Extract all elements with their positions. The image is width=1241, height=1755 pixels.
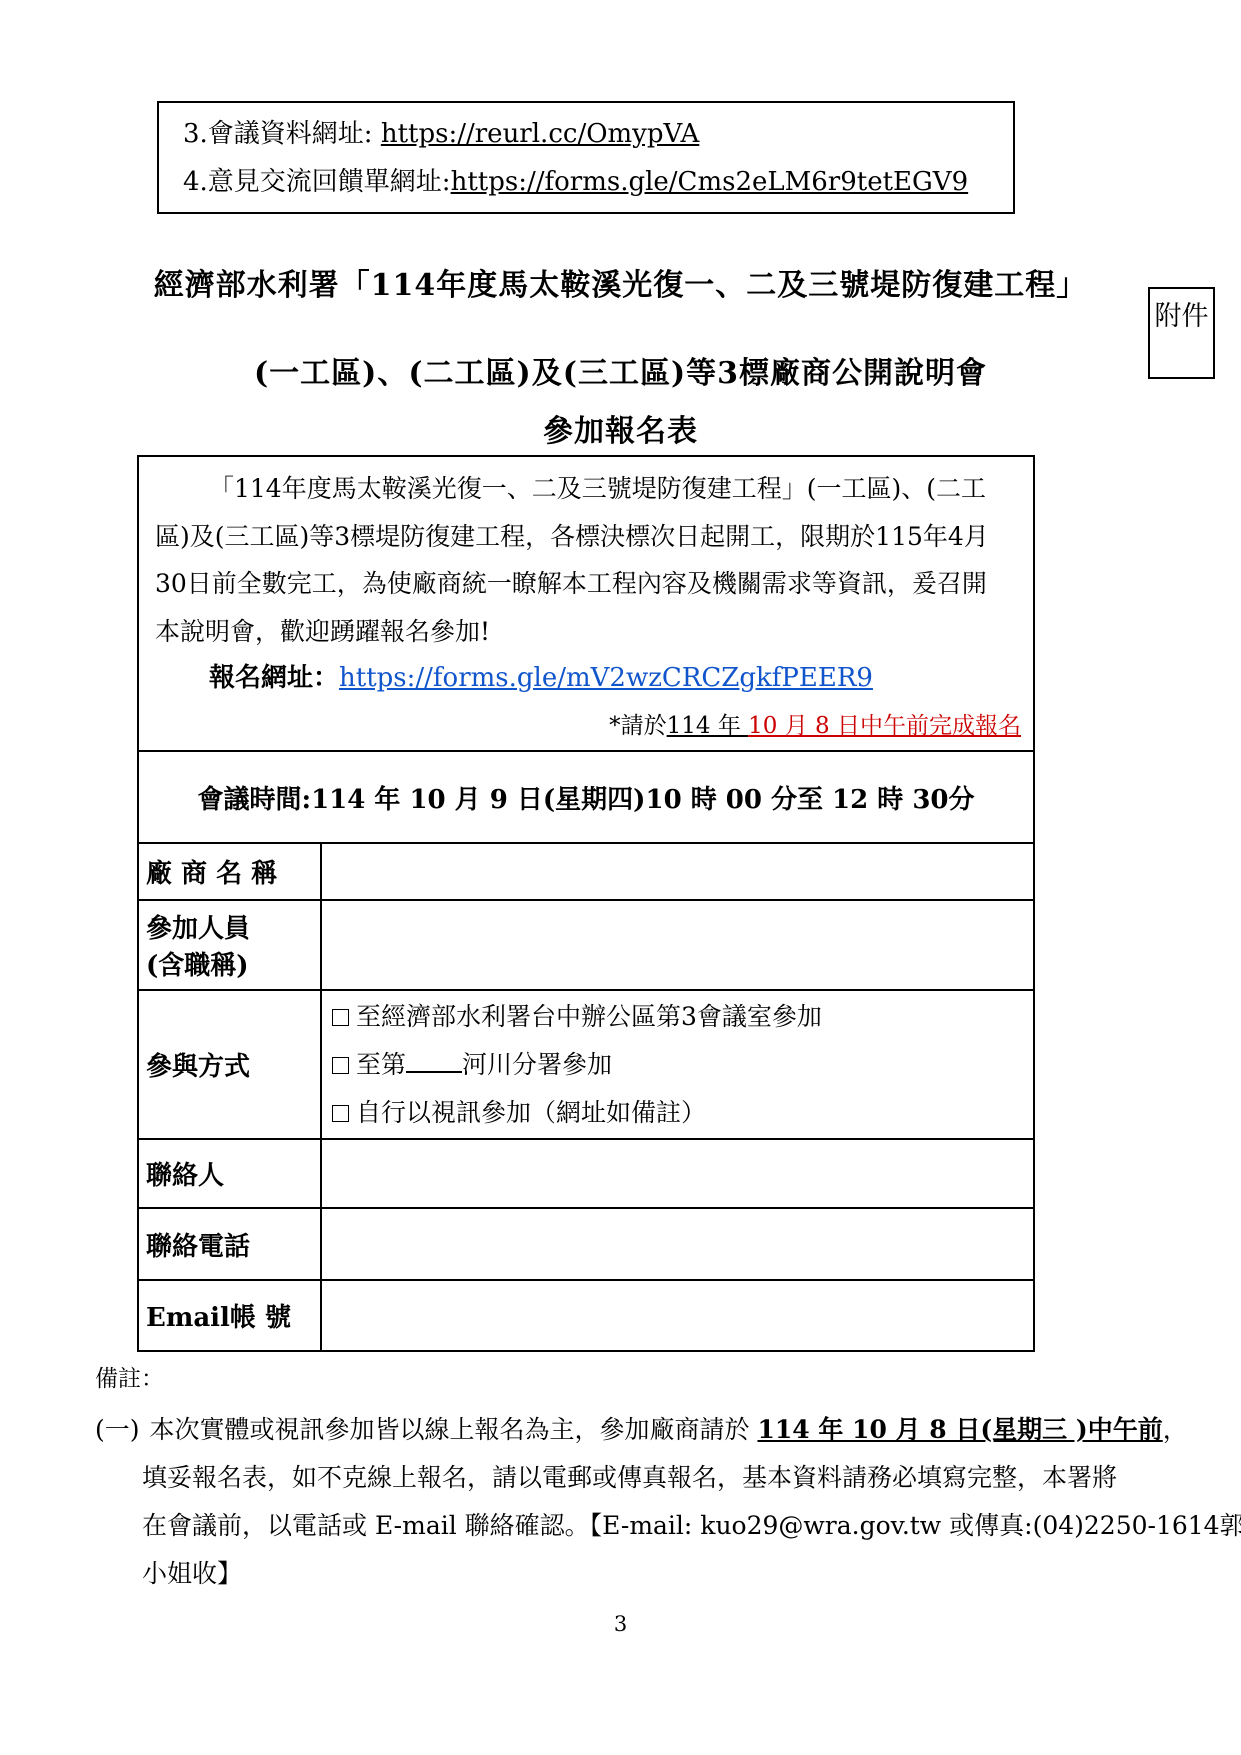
registration-table: 「114年度馬太鞍溪光復一、二及三號堤防復建工程」(一工區)、(二工 區)及(三… <box>137 455 1035 1352</box>
contact-field <box>322 1140 1033 1207</box>
deadline-emphasis: 114 年 10 月 8 日(星期三 )中午前 <box>757 1415 1162 1444</box>
contact-label: 聯絡人 <box>139 1140 322 1207</box>
note1-part2: ， <box>1163 1415 1188 1444</box>
note1-part1: 本次實體或視訊參加皆以線上報名為主，參加廠商請於 <box>150 1415 758 1444</box>
participation-options: 至經濟部水利署台中辦公區第3會議室參加 至第河川分署參加 自行以視訊參加（網址如… <box>322 991 1033 1138</box>
document-title-line3: 參加報名表 <box>40 406 1201 450</box>
notes-section: 備註： (一)本次實體或視訊參加皆以線上報名為主，參加廠商請於 114 年 10… <box>95 1360 1155 1598</box>
meeting-time-row: 會議時間:114 年 10 月 9 日(星期四)10 時 00 分至 12 時 … <box>139 750 1033 842</box>
note1-line1: (一)本次實體或視訊參加皆以線上報名為主，參加廠商請於 114 年 10 月 8… <box>95 1406 1155 1454</box>
participants-label-line2: (含職稱) <box>146 945 320 982</box>
intro-line1: 「114年度馬太鞍溪光復一、二及三號堤防復建工程」(一工區)、(二工 <box>155 465 1025 513</box>
meeting-links-box: 3.會議資料網址: https://reurl.cc/OmypVA 4.意見交流… <box>157 101 1015 214</box>
document-title-line1: 經濟部水利署「114年度馬太鞍溪光復一、二及三號堤防復建工程」 <box>40 260 1201 304</box>
participation-option-venue: 至經濟部水利署台中辦公區第3會議室參加 <box>332 993 1033 1041</box>
email-field <box>322 1281 1033 1350</box>
note1-line2: 填妥報名表，如不克線上報名，請以電郵或傳真報名，基本資料請務必填寫完整，本署將 <box>95 1454 1155 1502</box>
deadline-date-red: 10 月 8 日中午前完成報名 <box>748 713 1021 739</box>
participation-option-branch-before: 至第 <box>356 1050 406 1079</box>
note1-line4: 小姐收】 <box>95 1550 1155 1598</box>
participants-label-line1: 參加人員 <box>146 908 320 945</box>
document-title-line2: (一工區)、(二工區)及(三工區)等3標廠商公開說明會 <box>40 348 1201 392</box>
intro-paragraph: 「114年度馬太鞍溪光復一、二及三號堤防復建工程」(一工區)、(二工 區)及(三… <box>139 457 1033 750</box>
phone-field <box>322 1209 1033 1279</box>
form-row-phone: 聯絡電話 <box>139 1207 1033 1279</box>
form-row-participants: 參加人員 (含職稱) <box>139 899 1033 989</box>
form-row-vendor-name: 廠 商 名 稱 <box>139 842 1033 899</box>
blank-underline <box>406 1068 462 1073</box>
meeting-materials-label: 3.會議資料網址: <box>183 119 381 149</box>
feedback-form-label: 4.意見交流回饋單網址: <box>183 167 451 197</box>
participation-option-venue-text: 至經濟部水利署台中辦公區第3會議室參加 <box>356 1002 822 1031</box>
intro-line4: 本說明會，歡迎踴躍報名參加! <box>155 608 1025 656</box>
checkbox-icon[interactable] <box>332 1057 349 1074</box>
note1-marker: (一) <box>95 1415 140 1444</box>
registration-url-label: 報名網址： <box>209 663 339 693</box>
intro-line3: 30日前全數完工，為使廠商統一瞭解本工程內容及機關需求等資訊，爰召開 <box>155 560 1025 608</box>
form-row-participation: 參與方式 至經濟部水利署台中辦公區第3會議室參加 至第河川分署參加 自行以視訊參… <box>139 989 1033 1138</box>
registration-url[interactable]: https://forms.gle/mV2wzCRCZgkfPEER9 <box>339 663 873 693</box>
participants-field <box>322 901 1033 989</box>
participation-option-branch-after: 河川分署參加 <box>462 1050 612 1079</box>
form-row-contact: 聯絡人 <box>139 1138 1033 1207</box>
email-label: Email帳 號 <box>139 1281 322 1350</box>
feedback-form-line: 4.意見交流回饋單網址:https://forms.gle/Cms2eLM6r9… <box>183 158 1013 206</box>
vendor-name-field <box>322 844 1033 899</box>
deadline-year: 114 年 <box>667 713 749 739</box>
participants-label: 參加人員 (含職稱) <box>139 901 322 989</box>
notes-header: 備註： <box>95 1360 1155 1393</box>
checkbox-icon[interactable] <box>332 1105 349 1122</box>
note1-line3: 在會議前，以電話或 E-mail 聯絡確認。【E-mail: kuo29@wra… <box>95 1502 1155 1550</box>
feedback-form-url[interactable]: https://forms.gle/Cms2eLM6r9tetEGV9 <box>451 167 969 197</box>
intro-line2: 區)及(三工區)等3標堤防復建工程，各標決標次日起開工，限期於115年4月 <box>155 513 1025 561</box>
participation-option-video: 自行以視訊參加（網址如備註） <box>332 1089 1033 1137</box>
participation-option-branch: 至第河川分署參加 <box>332 1041 1033 1089</box>
vendor-name-label: 廠 商 名 稱 <box>139 844 322 899</box>
form-row-email: Email帳 號 <box>139 1279 1033 1350</box>
participation-option-video-text: 自行以視訊參加（網址如備註） <box>356 1098 706 1127</box>
meeting-materials-url[interactable]: https://reurl.cc/OmypVA <box>381 119 699 149</box>
meeting-materials-line: 3.會議資料網址: https://reurl.cc/OmypVA <box>183 110 1013 158</box>
checkbox-icon[interactable] <box>332 1009 349 1026</box>
participation-label: 參與方式 <box>139 991 322 1138</box>
registration-deadline-note: *請於114 年 10 月 8 日中午前完成報名 <box>155 703 1025 751</box>
registration-url-line: 報名網址：https://forms.gle/mV2wzCRCZgkfPEER9 <box>155 655 1025 703</box>
page-number: 3 <box>0 1612 1241 1636</box>
document-page: 3.會議資料網址: https://reurl.cc/OmypVA 4.意見交流… <box>0 0 1241 1755</box>
deadline-prefix: *請於 <box>609 713 667 739</box>
phone-label: 聯絡電話 <box>139 1209 322 1279</box>
